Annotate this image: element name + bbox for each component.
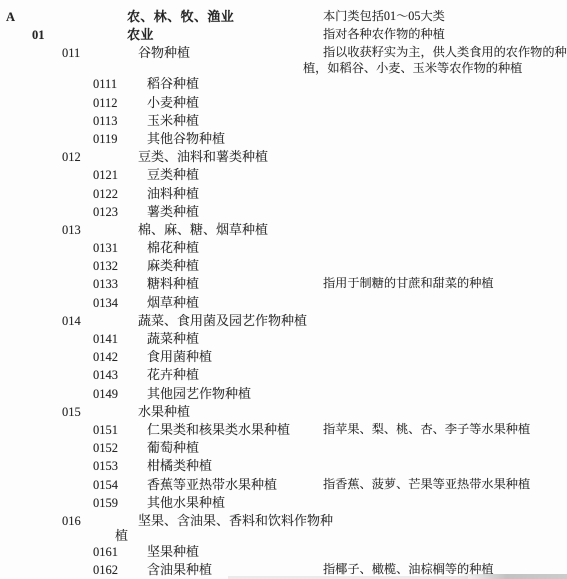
industry-name: 豆类、油料和薯类种植 (115, 149, 337, 165)
classification-table: A 农、林、牧、渔业 本门类包括01～05大类 01 农业 指对各种农作物的种植… (0, 9, 567, 579)
code-cell: 0121 (0, 167, 115, 184)
classification-row: 0141 蔬菜种植 (0, 331, 567, 349)
classification-row: 014 蔬菜、食用菌及园艺作物种植 (0, 313, 567, 331)
classification-row: 0142 食用菌种植 (0, 349, 567, 367)
industry-name: 农、林、牧、渔业 (115, 9, 303, 25)
code-cell: 01 (0, 27, 115, 44)
industry-code: 012 (62, 150, 81, 166)
industry-name: 坚果种植 (115, 544, 337, 560)
industry-name: 香蕉等亚热带水果种植 (115, 477, 303, 493)
industry-name: 柑橘类种植 (115, 458, 337, 474)
industry-code: 0113 (93, 114, 118, 130)
code-cell: 0159 (0, 495, 115, 512)
classification-row: 0143 花卉种植 (0, 367, 567, 385)
code-cell: 0132 (0, 258, 115, 275)
code-cell: 0122 (0, 186, 115, 203)
industry-name: 豆类种植 (115, 167, 337, 183)
classification-row: 013 棉、麻、糖、烟草种植 (0, 222, 567, 240)
code-cell: 0113 (0, 113, 115, 130)
industry-name: 坚果、含油果、香料和饮料作物种植 (115, 513, 337, 544)
classification-row: 012 豆类、油料和薯类种植 (0, 149, 567, 167)
classification-row: 0154 香蕉等亚热带水果种植 指香蕉、菠萝、芒果等亚热带水果种植 (0, 477, 567, 495)
industry-name: 小麦种植 (115, 95, 337, 111)
industry-name: 谷物种植 (115, 45, 303, 61)
industry-code: 014 (62, 314, 81, 330)
code-cell: 013 (0, 222, 115, 239)
classification-row: 0153 柑橘类种植 (0, 458, 567, 476)
industry-name: 农业 (115, 27, 303, 43)
industry-code: 0112 (93, 96, 118, 112)
industry-name: 麻类种植 (115, 258, 337, 274)
classification-row: 0134 烟草种植 (0, 295, 567, 313)
classification-row: 0113 玉米种植 (0, 113, 567, 131)
classification-row: 0133 糖料种植 指用于制糖的甘蔗和甜菜的种植 (0, 276, 567, 294)
industry-name: 其他园艺作物种植 (115, 386, 337, 402)
code-cell: 0143 (0, 367, 115, 384)
document-page: A 农、林、牧、渔业 本门类包括01～05大类 01 农业 指对各种农作物的种植… (0, 0, 567, 579)
industry-name: 花卉种植 (115, 367, 337, 383)
code-cell: 0119 (0, 131, 115, 148)
classification-row: 01 农业 指对各种农作物的种植 (0, 27, 567, 45)
classification-row: 0151 仁果类和核果类水果种植 指苹果、梨、桃、杏、李子等水果种植 (0, 422, 567, 440)
classification-row: 016 坚果、含油果、香料和饮料作物种植 (0, 513, 567, 544)
industry-name: 葡萄种植 (115, 440, 337, 456)
industry-description: 指苹果、梨、桃、杏、李子等水果种植 (303, 422, 567, 438)
industry-description: 指香蕉、菠萝、芒果等亚热带水果种植 (303, 477, 567, 493)
industry-name: 油料种植 (115, 186, 337, 202)
code-cell: 0123 (0, 204, 115, 221)
code-cell: 0141 (0, 331, 115, 348)
industry-name: 棉、麻、糖、烟草种植 (115, 222, 337, 238)
industry-code: 011 (62, 46, 80, 62)
code-cell: 0152 (0, 440, 115, 457)
classification-row: 0152 葡萄种植 (0, 440, 567, 458)
industry-name: 薯类种植 (115, 204, 337, 220)
code-cell: 0162 (0, 562, 115, 579)
code-cell: 015 (0, 404, 115, 421)
code-cell: 0131 (0, 240, 115, 257)
classification-row: A 农、林、牧、渔业 本门类包括01～05大类 (0, 9, 567, 27)
industry-name: 水果种植 (115, 404, 337, 420)
industry-name: 蔬菜种植 (115, 331, 337, 347)
code-cell: 011 (0, 45, 115, 62)
classification-row: 0122 油料种植 (0, 186, 567, 204)
industry-name: 烟草种植 (115, 295, 337, 311)
industry-description: 指对各种农作物的种植 (303, 27, 567, 43)
classification-row: 015 水果种植 (0, 404, 567, 422)
industry-name: 其他水果种植 (115, 495, 337, 511)
industry-name: 玉米种植 (115, 113, 337, 129)
industry-name: 蔬菜、食用菌及园艺作物种植 (115, 313, 337, 329)
industry-name: 其他谷物种植 (115, 131, 337, 147)
industry-name: 食用菌种植 (115, 349, 337, 365)
code-cell: 0149 (0, 386, 115, 403)
code-cell: 0161 (0, 544, 115, 561)
scan-artifact (457, 574, 567, 579)
code-cell: 0151 (0, 422, 115, 439)
industry-description: 指以收获籽实为主，供人类食用的农作物的种植，如稻谷、小麦、玉米等农作物的种植 (303, 45, 567, 76)
classification-row: 011 谷物种植 指以收获籽实为主，供人类食用的农作物的种植，如稻谷、小麦、玉米… (0, 45, 567, 76)
industry-code: 0119 (93, 132, 118, 148)
classification-row: 0119 其他谷物种植 (0, 131, 567, 149)
industry-name: 糖料种植 (115, 276, 303, 292)
industry-code: A (6, 10, 15, 26)
classification-row: 0111 稻谷种植 (0, 76, 567, 94)
classification-row: 0131 棉花种植 (0, 240, 567, 258)
code-cell: 0112 (0, 95, 115, 112)
code-cell: 0154 (0, 477, 115, 494)
code-cell: A (0, 9, 115, 26)
industry-description: 指用于制糖的甘蔗和甜菜的种植 (303, 276, 567, 292)
classification-row: 0149 其他园艺作物种植 (0, 386, 567, 404)
industry-name: 仁果类和核果类水果种植 (115, 422, 303, 438)
code-cell: 016 (0, 513, 115, 530)
classification-row: 0121 豆类种植 (0, 167, 567, 185)
industry-description: 本门类包括01～05大类 (303, 9, 567, 25)
classification-row: 0112 小麦种植 (0, 95, 567, 113)
code-cell: 014 (0, 313, 115, 330)
classification-row: 0123 薯类种植 (0, 204, 567, 222)
industry-code: 013 (62, 223, 81, 239)
industry-code: 016 (62, 514, 81, 530)
classification-row: 0161 坚果种植 (0, 544, 567, 562)
industry-code: 015 (62, 405, 81, 421)
classification-row: 0132 麻类种植 (0, 258, 567, 276)
code-cell: 012 (0, 149, 115, 166)
code-cell: 0111 (0, 76, 115, 93)
industry-name: 稻谷种植 (115, 76, 337, 92)
code-cell: 0153 (0, 458, 115, 475)
code-cell: 0134 (0, 295, 115, 312)
industry-name: 棉花种植 (115, 240, 337, 256)
code-cell: 0133 (0, 276, 115, 293)
classification-row: 0159 其他水果种植 (0, 495, 567, 513)
industry-code: 0111 (93, 77, 117, 93)
code-cell: 0142 (0, 349, 115, 366)
industry-code: 01 (32, 28, 45, 44)
